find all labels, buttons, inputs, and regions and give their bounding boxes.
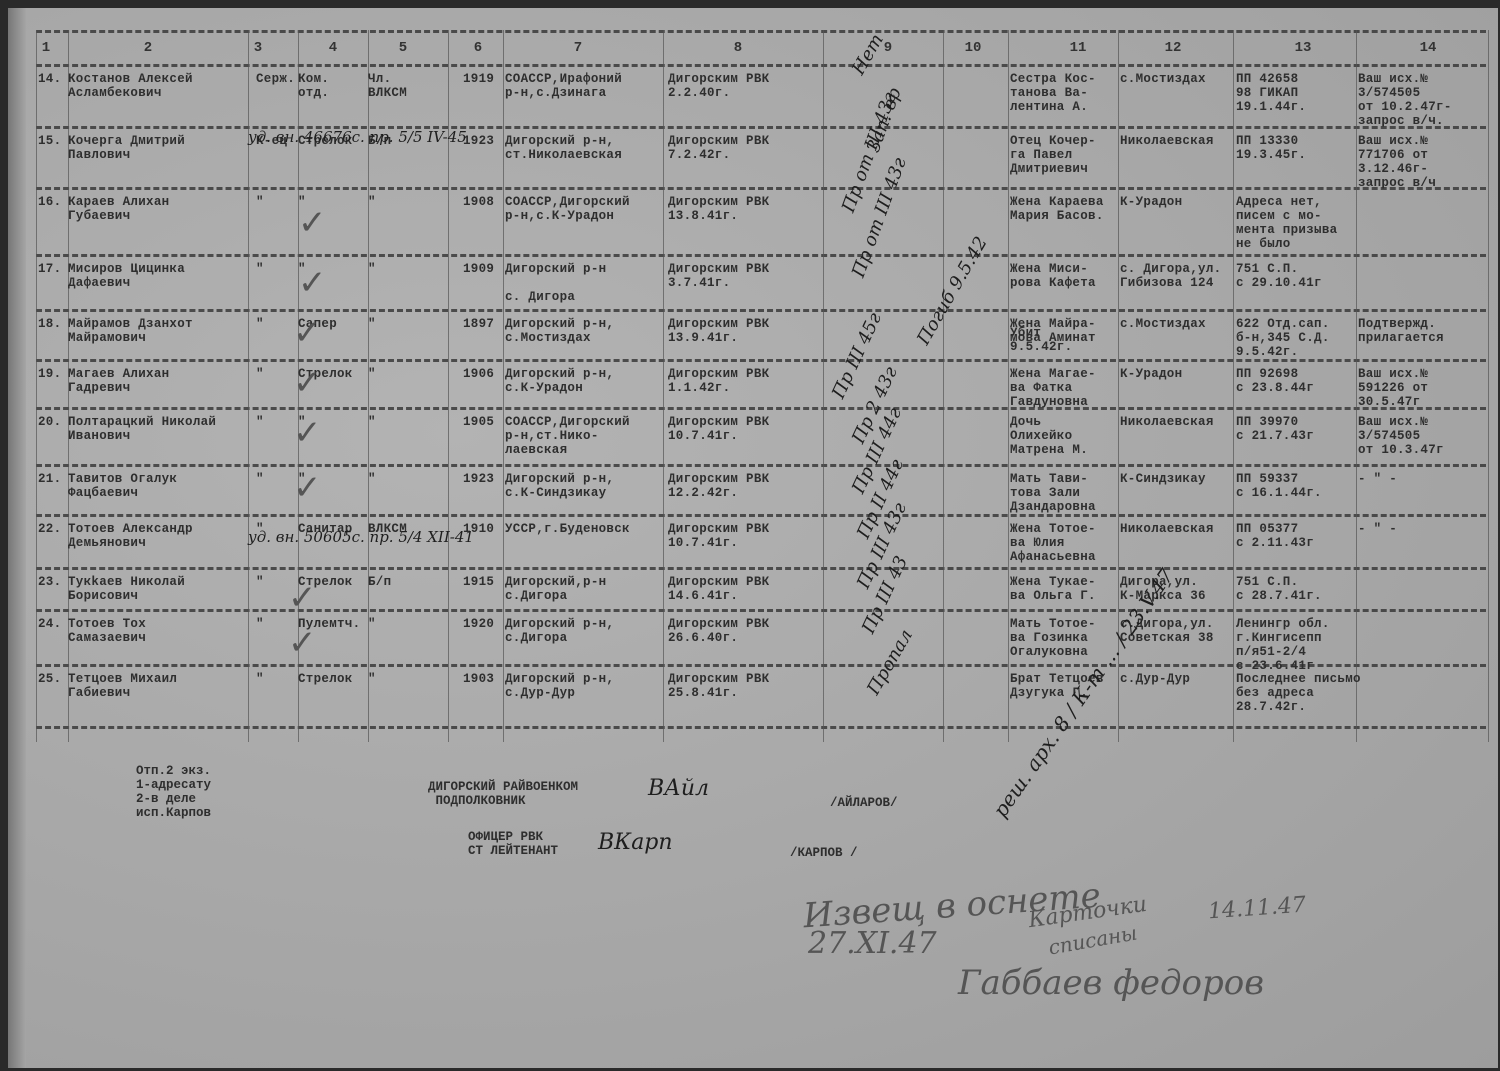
cell-birthplace: СОАССР,Ирафоний р-н,с.Дзинага [505, 72, 622, 100]
row15-handwritten-note: уд. вн. 46676с. пр. 5/5 IV-45 [248, 128, 467, 146]
cell-last-letter: Ленингр обл. г.Кингисепп п/я51-2/4 с 23.… [1236, 617, 1330, 673]
cell-position: Стрелок [298, 672, 353, 686]
column9-note: Пропал [863, 626, 917, 699]
header-divider [36, 30, 1486, 33]
cell-num: 18. [38, 317, 61, 331]
cell-name: Костанов Алексей Асламбекович [68, 72, 193, 100]
row-divider [36, 726, 1486, 729]
cell-num: 15. [38, 134, 61, 148]
row-divider [36, 309, 1486, 312]
cell-rank: " [256, 415, 264, 429]
cell-address: К-Синдзикау [1120, 472, 1206, 486]
cell-born: 1923 [463, 472, 494, 486]
cell-last-letter: 751 С.П. с 29.10.41г [1236, 262, 1322, 290]
column-divider [1488, 30, 1489, 742]
cell-birthplace: Дигорский р-н, с.К-Урадон [505, 367, 614, 395]
cell-born: 1923 [463, 134, 494, 148]
cell-party: " [368, 195, 376, 209]
row-divider [36, 187, 1486, 190]
row-divider [36, 514, 1486, 517]
cell-note: Ваш исх.№ 591226 от 30.5.47г [1358, 367, 1428, 409]
column-divider [36, 30, 37, 742]
column-number: 1 [26, 40, 66, 56]
cell-relative: Мать Тотое- ва Гозинка Огалуковна [1010, 617, 1096, 659]
cell-born: 1909 [463, 262, 494, 276]
cell-name: Тукkaев Николай Борисович [68, 575, 185, 603]
cell-name: Тетцоев Михаил Габиевич [68, 672, 177, 700]
cell-born: 1908 [463, 195, 494, 209]
cell-last-letter: ПП 39970 с 21.7.43г [1236, 415, 1314, 443]
column-divider [943, 30, 944, 742]
column-number: 2 [128, 40, 168, 56]
cell-address: К-Урадон [1120, 195, 1182, 209]
cell-last-letter: Последнее письмо без адреса 28.7.42г. [1236, 672, 1361, 714]
cell-num: 21. [38, 472, 61, 486]
cell-address: с.Мостиздах [1120, 72, 1206, 86]
cell-rank: Серж. [256, 72, 295, 86]
cell-address: К-Урадон [1120, 367, 1182, 381]
check-mark-icon: ✓ [298, 263, 327, 303]
row-divider [36, 64, 1486, 67]
cell-last-letter: ПП 13330 19.3.45г. [1236, 134, 1306, 162]
cell-drafted: Дигорским РВК 12.2.42г. [668, 472, 769, 500]
cell-party: Б/п [368, 575, 391, 589]
cell-drafted: Дигорским РВК 13.8.41г. [668, 195, 769, 223]
cell-num: 14. [38, 72, 61, 86]
cell-address: Николаевская [1120, 415, 1214, 429]
column-number: 8 [718, 40, 758, 56]
cell-num: 20. [38, 415, 61, 429]
cell-address: с. Дигора,ул. Гибизова 124 [1120, 262, 1221, 290]
cell-name: Тотоев Александр Демьянович [68, 522, 193, 550]
cell-relative: Жена Магае- ва Фатка Гавдуновна [1010, 367, 1096, 409]
cell-birthplace: Дигорский р-н, с.Мостиздах [505, 317, 614, 345]
cell-party: " [368, 367, 376, 381]
cell-drafted: Дигорским РВК 14.6.41г. [668, 575, 769, 603]
cell-last-letter: ПП 92698 с 23.8.44г [1236, 367, 1314, 395]
cell-note: Ваш исх.№ 771706 от 3.12.46г- запрос в/ч [1358, 134, 1436, 190]
column-number: 4 [313, 40, 353, 56]
cell-rank: " [256, 472, 264, 486]
column-divider [1008, 30, 1009, 742]
column-divider [823, 30, 824, 742]
cell-party: " [368, 262, 376, 276]
cell-relative: Жена Тукае- ва Ольга Г. [1010, 575, 1096, 603]
officer-name: /КАРПОВ / [790, 846, 858, 860]
cell-num: 24. [38, 617, 61, 631]
cell-party: " [368, 317, 376, 331]
cell-note: Ваш исх.№ 3/574505 от 10.3.47г [1358, 415, 1444, 457]
cell-num: 17. [38, 262, 61, 276]
cell-note: Ваш исх.№ 3/574505 от 10.2.47г- запрос в… [1358, 72, 1452, 128]
cell-drafted: Дигорским РВК 26.6.40г. [668, 617, 769, 645]
cell-num: 25. [38, 672, 61, 686]
row22-handwritten-note: уд. вн. 50605с. пр. 5/4 XII-41 [248, 528, 474, 546]
cell-rank: " [256, 195, 264, 209]
cell-birthplace: Дигорский р-н, с.Дигора [505, 617, 614, 645]
column-number: 14 [1408, 40, 1448, 56]
cell-last-letter: 622 Отд.сап. б-н,345 С.Д. 9.5.42г. [1236, 317, 1330, 359]
officer-title: ОФИЦЕР РВК СТ ЛЕЙТЕНАНТ [468, 830, 558, 858]
column-number: 7 [558, 40, 598, 56]
cell-born: 1919 [463, 72, 494, 86]
cell-birthplace: Дигорский,р-н с.Дигора [505, 575, 606, 603]
cell-position: Ком. отд. [298, 72, 329, 100]
column-number: 3 [238, 40, 278, 56]
cell-birthplace: УССР,г.Буденовск [505, 522, 630, 536]
cell-drafted: Дигорским РВК 7.2.42г. [668, 134, 769, 162]
cell-name: Кочерга Дмитрий Павлович [68, 134, 185, 162]
row18-killed-note: Убит 9.5.42г. [1010, 326, 1072, 354]
cell-last-letter: Адреса нет, писем с мо- мента призыва не… [1236, 195, 1337, 251]
cell-drafted: Дигорским РВК 13.9.41г. [668, 317, 769, 345]
cell-num: 22. [38, 522, 61, 536]
cell-name: Полтарацкий Николай Иванович [68, 415, 216, 443]
cell-name: Мисиров Цицинка Дафаевич [68, 262, 185, 290]
column-number: 12 [1153, 40, 1193, 56]
pencil-note-date: 27.XI.47 [808, 926, 937, 961]
cell-party: Чл. ВЛКСМ [368, 72, 407, 100]
cell-num: 23. [38, 575, 61, 589]
column-divider [1356, 30, 1357, 742]
cell-note: - " - [1358, 472, 1397, 486]
column9-note: Погиб 9.5.42 [913, 233, 992, 348]
cell-party: " [368, 472, 376, 486]
cell-address: с.Дур-Дур [1120, 672, 1190, 686]
cell-last-letter: ПП 59337 с 16.1.44г. [1236, 472, 1322, 500]
check-mark-icon: ✓ [288, 623, 317, 663]
row-divider [36, 359, 1486, 362]
paper-edge [8, 8, 26, 1068]
cell-birthplace: СОАССР,Дигорский р-н,ст.Нико- лаевская [505, 415, 630, 457]
check-mark-icon: ✓ [298, 203, 327, 243]
cell-born: 1897 [463, 317, 494, 331]
commissar-name: /АЙЛАРОВ/ [830, 796, 898, 810]
cell-drafted: Дигорским РВК 2.2.40г. [668, 72, 769, 100]
cell-relative: Жена Миси- рова Кафета [1010, 262, 1096, 290]
cell-rank: " [256, 617, 264, 631]
check-mark-icon: ✓ [293, 413, 322, 453]
cell-last-letter: ПП 05377 с 2.11.43г [1236, 522, 1314, 550]
column-number: 13 [1283, 40, 1323, 56]
column-number: 6 [458, 40, 498, 56]
cell-relative: Жена Караева Мария Басов. [1010, 195, 1104, 223]
cell-name: Магаев Алихан Гадревич [68, 367, 169, 395]
cell-num: 19. [38, 367, 61, 381]
cell-name: Майрамов Дзанхот Майрамович [68, 317, 193, 345]
cell-relative: Отец Кочер- га Павел Дмитриевич [1010, 134, 1096, 176]
cell-rank: " [256, 575, 264, 589]
cell-name: Караев Алихан Губаевич [68, 195, 169, 223]
cell-party: " [368, 617, 376, 631]
commissar-signature: ВАйл [648, 776, 709, 801]
cell-drafted: Дигорским РВК 25.8.41г. [668, 672, 769, 700]
column-number: 5 [383, 40, 423, 56]
cell-last-letter: 751 С.П. с 28.7.41г. [1236, 575, 1322, 603]
pencil-note-date-2: 14.11.47 [1207, 893, 1306, 925]
row-divider [36, 407, 1486, 410]
cell-note: Подтвержд. прилагается [1358, 317, 1444, 345]
cell-num: 16. [38, 195, 61, 209]
cell-birthplace: Дигорский р-н, с.К-Синдзикау [505, 472, 614, 500]
cell-note: - " - [1358, 522, 1397, 536]
cell-born: 1906 [463, 367, 494, 381]
cell-address: Николаевская [1120, 522, 1214, 536]
cell-birthplace: Дигорский р-н с. Дигора [505, 262, 606, 304]
row-divider [36, 464, 1486, 467]
cell-birthplace: Дигорский р-н, ст.Николаевская [505, 134, 622, 162]
row-divider [36, 609, 1486, 612]
copies-note: Отп.2 экз. 1-адресату 2-в деле исп.Карпо… [136, 764, 211, 820]
cell-relative: Дочь Олихейко Матрена М. [1010, 415, 1088, 457]
cell-party: " [368, 415, 376, 429]
cell-born: 1905 [463, 415, 494, 429]
cell-drafted: Дигорским РВК 3.7.41г. [668, 262, 769, 290]
cell-rank: " [256, 317, 264, 331]
cell-relative: Мать Тави- това Зали Дзандаровна [1010, 472, 1096, 514]
cell-name: Тотоев Тох Самазаевич [68, 617, 146, 645]
cell-rank: " [256, 262, 264, 276]
officer-signature: ВКарп [598, 830, 673, 855]
column-number: 11 [1058, 40, 1098, 56]
check-mark-icon: ✓ [288, 578, 317, 618]
cell-rank: " [256, 672, 264, 686]
cell-last-letter: ПП 42658 98 ГИКАП 19.1.44г. [1236, 72, 1306, 114]
row-divider [36, 567, 1486, 570]
cell-drafted: Дигорским РВК 1.1.42г. [668, 367, 769, 395]
column-number: 10 [953, 40, 993, 56]
column-divider [1233, 30, 1234, 742]
cell-born: 1915 [463, 575, 494, 589]
cell-address: с.Мостиздах [1120, 317, 1206, 331]
check-mark-icon: ✓ [293, 313, 322, 353]
cell-drafted: Дигорским РВК 10.7.41г. [668, 415, 769, 443]
cell-relative: Жена Тотое- ва Юлия Афанасьевна [1010, 522, 1096, 564]
check-mark-icon: ✓ [293, 468, 322, 508]
cell-name: Тавитов Огалук Фацбаевич [68, 472, 177, 500]
cell-rank: " [256, 367, 264, 381]
archival-document-page: 1234567891011121314 14.Костанов Алексей … [8, 8, 1498, 1068]
cell-relative: Сестра Кос- танова Ва- лентина А. [1010, 72, 1096, 114]
cell-birthplace: СОАССР,Дигорский р-н,с.К-Урадон [505, 195, 630, 223]
check-mark-icon: ✓ [293, 363, 322, 403]
pencil-note-signature: Габбаев федоров [958, 963, 1264, 1003]
cell-drafted: Дигорским РВК 10.7.41г. [668, 522, 769, 550]
cell-born: 1920 [463, 617, 494, 631]
commissar-title: ДИГОРСКИЙ РАЙВОЕНКОМ ПОДПОЛКОВНИК [428, 780, 578, 808]
row-divider [36, 254, 1486, 257]
column-divider [503, 30, 504, 742]
cell-address: Николаевская [1120, 134, 1214, 148]
column-divider [663, 30, 664, 742]
cell-born: 1903 [463, 672, 494, 686]
cell-party: " [368, 672, 376, 686]
cell-birthplace: Дигорский р-н, с.Дур-Дур [505, 672, 614, 700]
